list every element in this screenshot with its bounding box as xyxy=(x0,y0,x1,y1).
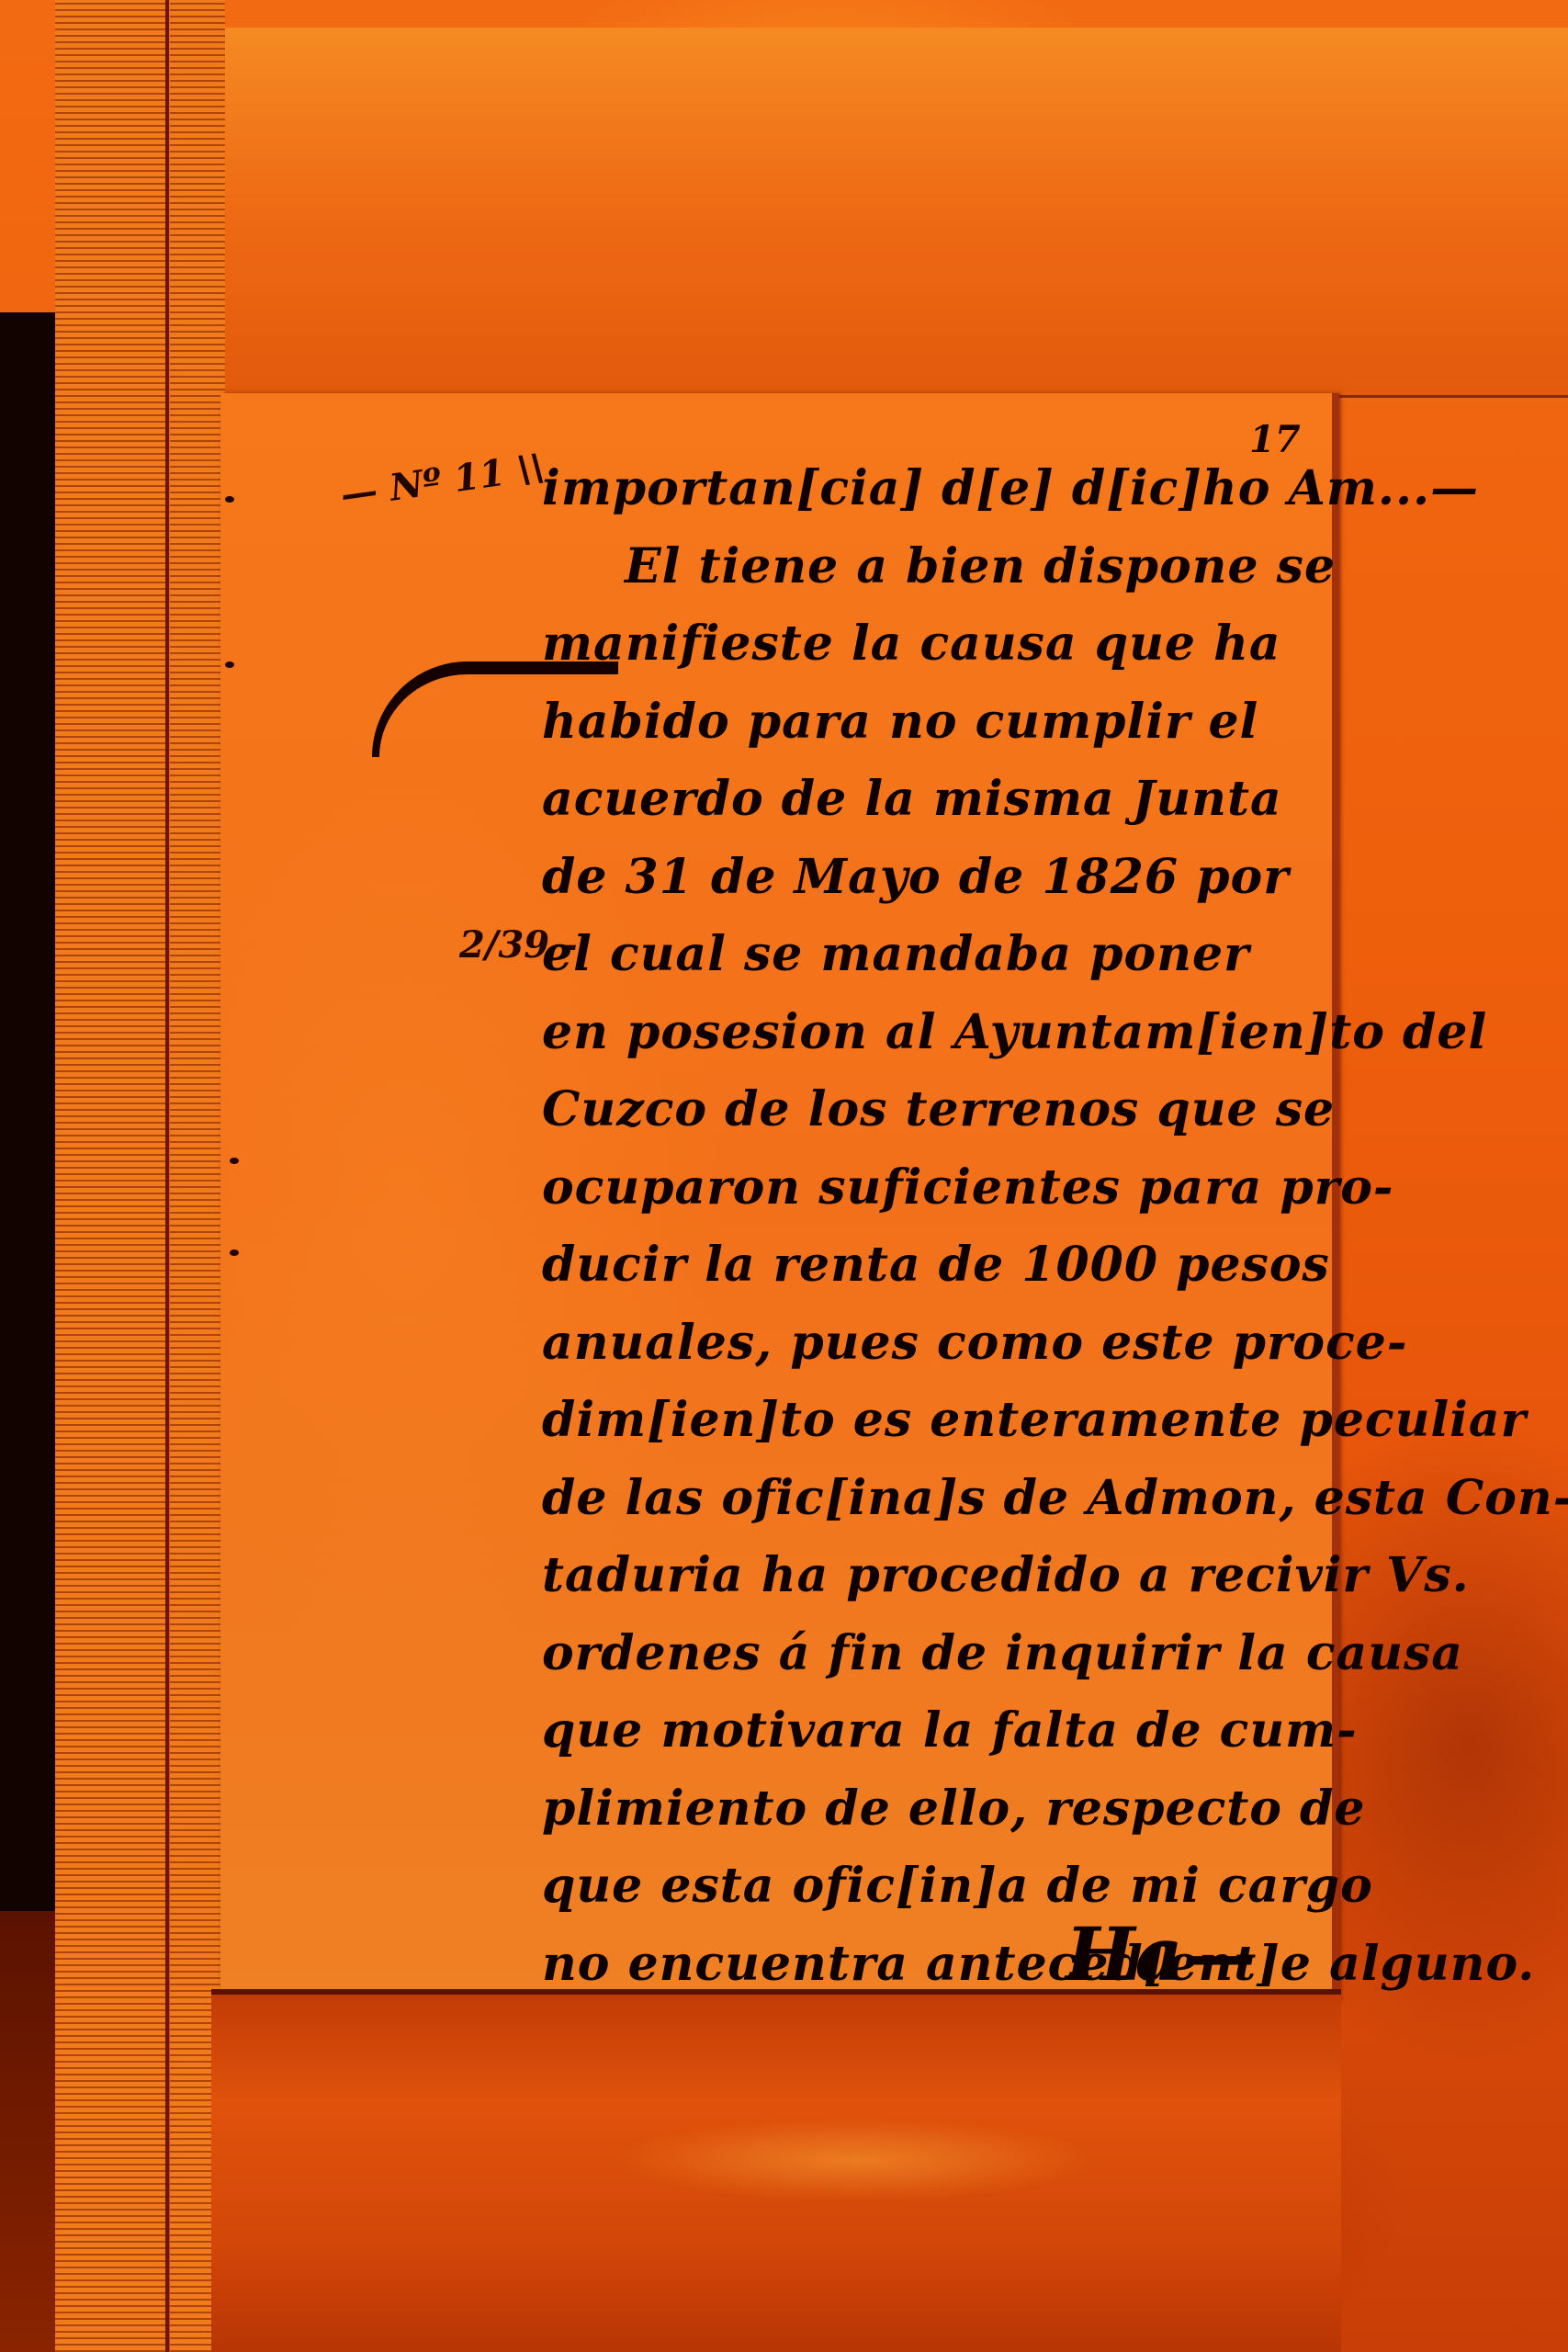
margin-dot xyxy=(225,496,234,503)
text-line: dim[ien]to es enteramente peculiar xyxy=(542,1382,1323,1460)
text-line: ocuparon suficientes para pro- xyxy=(542,1149,1323,1227)
text-line: importan[cia] d[e] d[ic]ho Am...— xyxy=(542,450,1323,528)
text-line: ducir la renta de 1000 pesos xyxy=(542,1227,1323,1305)
text-line: Cuzco de los terrenos que se xyxy=(542,1071,1323,1149)
text-line: habido para no cumplir el xyxy=(542,684,1323,762)
text-line: acuerdo de la misma Junta xyxy=(542,761,1323,839)
text-line: anuales, pues como este proce- xyxy=(542,1305,1323,1383)
margin-dot xyxy=(230,1158,239,1164)
text-line: taduria ha procedido a recivir Vs. xyxy=(542,1537,1323,1615)
upper-sleeve-sheet xyxy=(225,28,1568,398)
text-line: manifieste la causa que ha xyxy=(542,605,1323,684)
text-line: de las ofic[ina]s de Admon, esta Con- xyxy=(542,1460,1323,1538)
text-line: en posesion al Ayuntam[ien]to del xyxy=(542,994,1323,1072)
binding-cloth-strip xyxy=(55,0,165,2352)
text-line: plimiento de ello, respecto de xyxy=(542,1770,1323,1849)
text-line: de 31 de Mayo de 1826 por xyxy=(542,839,1323,917)
margin-dot xyxy=(225,661,234,668)
text-line: que motivara la falta de cum- xyxy=(542,1692,1323,1770)
text-line: el cual se mandaba poner xyxy=(542,916,1323,994)
text-line: El tiene a bien dispone se xyxy=(542,528,1323,606)
text-line: ordenes á fin de inquirir la causa xyxy=(542,1615,1323,1693)
margin-dot xyxy=(230,1249,239,1256)
handwritten-body: importan[cia] d[e] d[ic]ho Am...— El tie… xyxy=(542,450,1323,2158)
signature-fragment: Ha— xyxy=(1066,1911,1256,1997)
lower-plastic-sleeve xyxy=(211,1989,1341,2352)
